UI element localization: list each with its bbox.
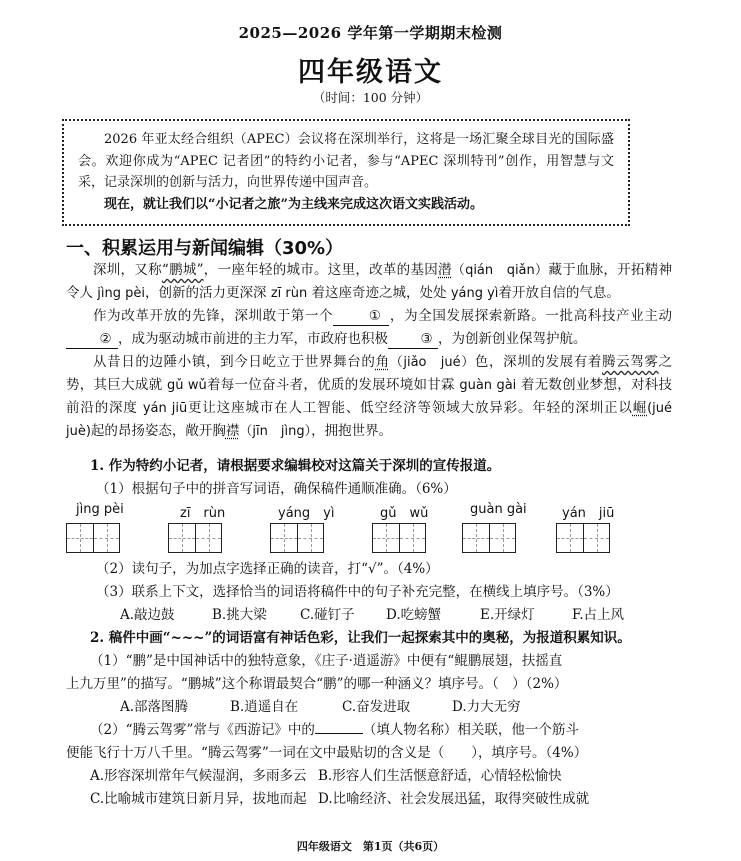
dotted-character: 襟	[226, 423, 240, 439]
pinyin-prompt: yáng yì	[451, 286, 499, 301]
question-1-stem: 1. 作为特约小记者，请根据要求编辑校对这篇关于深圳的宣传报道。	[90, 455, 700, 478]
option-c[interactable]: C.比喻城市建筑日新月异，拔地而起	[90, 788, 318, 811]
text: 作为改革开放的先锋，深圳敢于第一个	[93, 308, 333, 324]
option-b[interactable]: B.挑大梁	[212, 604, 300, 627]
text: 着开放自信的气息。	[498, 285, 620, 301]
pinyin-choice[interactable]: （qián qiǎn）	[452, 263, 549, 278]
answer-blank-3[interactable]: ③	[388, 330, 438, 349]
question-2-sub-1-line-1: （1）“鹏”是中国神话中的独特意象，《庄子·逍遥游》中便有“鲲鹏展翅，扶摇直	[90, 650, 700, 673]
question-2-sub-1-line-2: 上九万里”的描写。“鹏城”这个称谓最契合“鹏”的哪一种涵义？填序号。（ ）（2%…	[66, 673, 676, 696]
tianzige-box[interactable]	[168, 523, 222, 553]
option-c[interactable]: C.碰钉子	[300, 604, 386, 627]
dotted-character: 角	[376, 354, 390, 370]
pinyin-label: gǔ wǔ	[380, 502, 470, 521]
option-d[interactable]: D.比喻经济、社会发展迅猛，取得突破性成就	[318, 791, 589, 807]
pinyin-choice[interactable]: （jiǎo jué）	[390, 355, 475, 370]
option-f[interactable]: F.占上风	[572, 604, 662, 627]
text: ，为全国发展探索新路。一批高科技产业主动	[389, 308, 672, 324]
question-2-sub-2-line-1: （2）“腾云驾雾”常与《西游记》中的（填人物名称）相关联，他一个筋斗	[90, 719, 700, 742]
tianzige-box[interactable]	[556, 523, 610, 553]
question-2-stem: 2. 稿件中画“~~~”的词语富有神话色彩，让我们一起探索其中的奥秘，为报道积累…	[90, 627, 700, 650]
intro-bold-line: 现在，就让我们以“小记者之旅”为主线来完成这次语文实践活动。	[78, 194, 614, 216]
passage-paragraph-3: 从昔日的边陲小镇，到今日屹立于世界舞台的角（jiǎo jué）色，深圳的发展有着…	[66, 351, 672, 443]
pinyin-writing-grid: jìng pèi zī rùn yáng yì gǔ wǔ guàn gài y…	[66, 502, 686, 554]
dotted-character: 潜	[438, 262, 452, 278]
pinyin-choice[interactable]: （jīn jìng）	[239, 424, 311, 439]
pinyin-prompt: jìng pèi	[97, 286, 145, 301]
option-a[interactable]: A.部落图腾	[120, 696, 230, 719]
wavy-underlined-word: “鹏城”	[162, 262, 204, 278]
text: 起的昂扬姿态，敞开胸	[91, 423, 226, 439]
tianzige-box[interactable]	[270, 523, 324, 553]
pinyin-prompt: guàn gài	[459, 378, 516, 393]
sub-2-options-row-1: A.形容深圳常年气候湿润，多雨多云B.形容人们生活惬意舒适，心情轻松愉快	[90, 765, 700, 788]
text: ，一座年轻的城市。这里，改革的基因	[204, 262, 438, 278]
pinyin-label: yán jiū	[562, 502, 652, 521]
option-a[interactable]: A.形容深圳常年气候湿润，多雨多云	[90, 765, 318, 788]
tianzige-box[interactable]	[462, 523, 516, 553]
subject-title: 四年级语文	[0, 50, 741, 89]
sub-3-options: A.敲边鼓 B.挑大梁 C.碰钉子 D.吃螃蟹 E.开绿灯 F.占上风	[120, 604, 730, 627]
option-c[interactable]: C.奋发进取	[342, 696, 452, 719]
page-footer: 四年级语文 第1页（共6页）	[0, 838, 741, 854]
question-1-sub-1: （1）根据句子中的拼音写词语，确保稿件通顺准确。（6%）	[96, 478, 706, 501]
answer-blank-2[interactable]: ②	[66, 330, 118, 349]
option-a[interactable]: A.敲边鼓	[120, 604, 212, 627]
passage-paragraph-2: 作为改革开放的先锋，深圳敢于第一个①，为全国发展探索新路。一批高科技产业主动②，…	[66, 305, 672, 351]
text: ，成为驱动城市前进的主力军，市政府也积极	[118, 331, 388, 347]
text: 着每一位奋斗者，优质的发展环境如甘霖	[207, 377, 460, 393]
sub-2-options-row-2: C.比喻城市建筑日新月异，拔地而起D.比喻经济、社会发展迅猛，取得突破性成就	[90, 788, 700, 811]
tianzige-box[interactable]	[66, 523, 120, 553]
text: ，为创新创业保驾护航。	[438, 331, 587, 347]
question-1-sub-3: （3）联系上下文，选择恰当的词语将稿件中的句子补充完整，在横线上填序号。（3%）	[96, 581, 706, 604]
pinyin-prompt: yán jiū	[143, 401, 187, 416]
pinyin-label: zī rùn	[180, 502, 270, 521]
option-b[interactable]: B.形容人们生活惬意舒适，心情轻松愉快	[318, 768, 562, 784]
pinyin-prompt: zī rùn	[271, 286, 307, 301]
text: 从昔日的边陲小镇，到今日屹立于世界舞台的	[93, 354, 376, 370]
text: （填人物名称）相关联，他一个筋斗	[363, 722, 579, 738]
text: 深圳，又称	[93, 262, 162, 278]
section-heading: 一、积累运用与新闻编辑（30%）	[66, 234, 343, 260]
text: 更让这座城市在人工智能、低空经济等领域大放异彩。年轻的深圳正以	[187, 400, 633, 416]
text: ，拥抱世界。	[311, 423, 392, 439]
tianzige-box[interactable]	[372, 523, 426, 553]
sub-1-options: A.部落图腾 B.逍遥自在 C.奋发进取 D.力大无穷	[120, 696, 730, 719]
intro-box: 2026 年亚太经合组织（APEC）会议将在深圳举行，这将是一场汇聚全球目光的国…	[62, 119, 630, 226]
time-note: （时间：100 分钟）	[0, 88, 741, 106]
passage-paragraph-1: 深圳，又称“鹏城”，一座年轻的城市。这里，改革的基因潜（qián qiǎn）藏于…	[66, 259, 672, 305]
answer-blank-1[interactable]: ①	[333, 307, 389, 326]
question-2-sub-2-line-2: 便能飞行十万八千里。“腾云驾雾”一词在文中最贴切的含义是（ ），填序号。（4%）	[66, 742, 676, 765]
text: 色，深圳的发展有着	[475, 354, 602, 370]
exam-title: 2025—2026 学年第一学期期末检测	[0, 22, 741, 43]
option-b[interactable]: B.逍遥自在	[230, 696, 342, 719]
option-d[interactable]: D.力大无穷	[452, 696, 562, 719]
option-e[interactable]: E.开绿灯	[480, 604, 572, 627]
dotted-character: 崛	[633, 400, 647, 416]
text: 着这座奇迹之城，处处	[307, 285, 451, 301]
text: ，创新的活力更深深	[145, 285, 271, 301]
pinyin-label: guàn gài	[470, 502, 560, 517]
pinyin-label: yáng yì	[278, 502, 368, 521]
intro-paragraph: 2026 年亚太经合组织（APEC）会议将在深圳举行，这将是一场汇聚全球目光的国…	[78, 129, 614, 194]
character-name-blank[interactable]	[315, 733, 363, 734]
wavy-underlined-word: 腾云驾雾	[602, 354, 659, 370]
pinyin-label: jìng pèi	[76, 502, 166, 517]
option-d[interactable]: D.吃螃蟹	[386, 604, 480, 627]
question-1-sub-2: （2）读句子，为加点字选择正确的读音，打“√”。（4%）	[96, 558, 706, 581]
pinyin-prompt: gǔ wǔ	[167, 378, 207, 393]
text: （2）“腾云驾雾”常与《西游记》中的	[90, 722, 315, 738]
passage: 深圳，又称“鹏城”，一座年轻的城市。这里，改革的基因潜（qián qiǎn）藏于…	[66, 259, 672, 443]
